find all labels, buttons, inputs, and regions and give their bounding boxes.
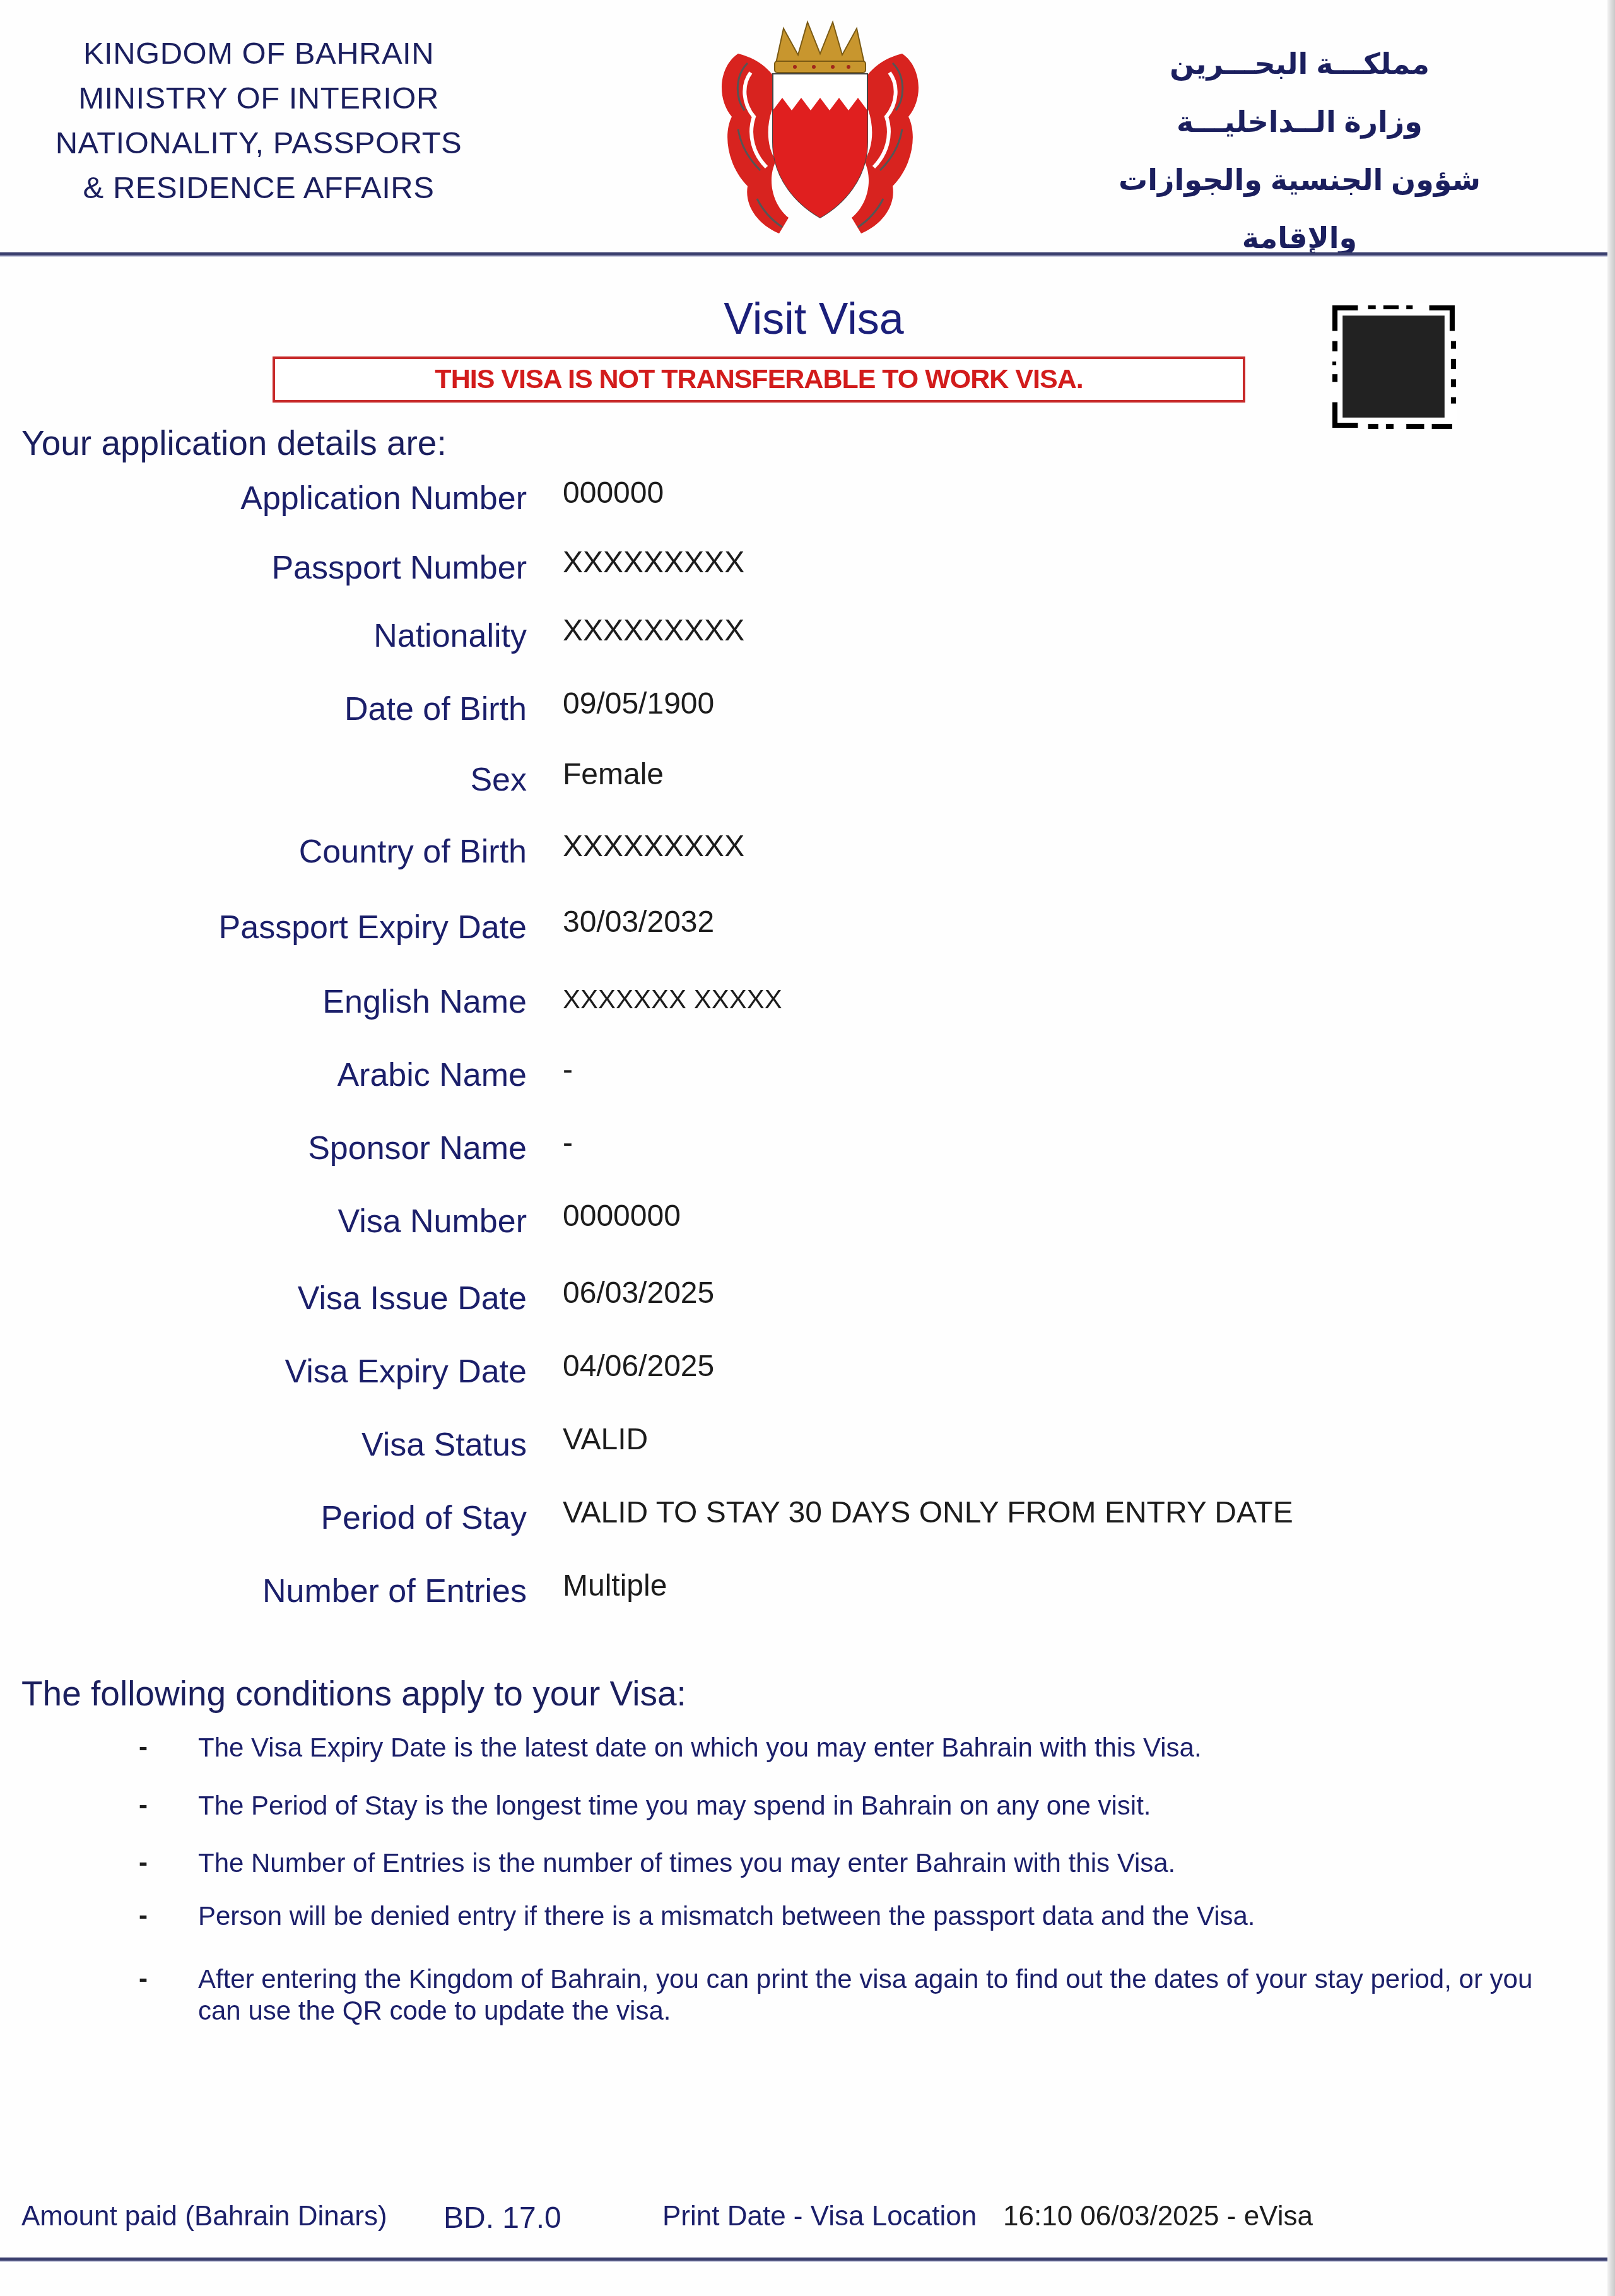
detail-value: 04/06/2025 [563, 1349, 714, 1384]
detail-row: Passport Expiry Date30/03/2032 [0, 909, 1514, 959]
detail-label: Visa Issue Date [0, 1280, 527, 1317]
detail-row: SexFemale [0, 761, 1514, 811]
detail-value: 0000000 [563, 1199, 681, 1233]
condition-text: Person will be denied entry if there is … [198, 1900, 1548, 1932]
page-edge [1607, 0, 1615, 2296]
detail-value: XXXXXXXXX [563, 545, 744, 580]
header-line: KINGDOM OF BAHRAIN [38, 32, 479, 76]
qr-code-icon [1330, 303, 1457, 430]
header-english: KINGDOM OF BAHRAIN MINISTRY OF INTERIOR … [38, 32, 479, 211]
condition-text: The Number of Entries is the number of t… [198, 1847, 1548, 1879]
detail-row: Sponsor Name- [0, 1129, 1514, 1180]
detail-label: Date of Birth [0, 690, 527, 728]
print-date-value: 16:10 06/03/2025 - eVisa [1003, 2201, 1313, 2232]
detail-row: Visa Expiry Date04/06/2025 [0, 1353, 1514, 1403]
detail-value: 000000 [563, 476, 664, 510]
detail-row: Country of BirthXXXXXXXXX [0, 833, 1514, 883]
condition-text: The Period of Stay is the longest time y… [198, 1790, 1548, 1822]
header-divider [0, 252, 1607, 256]
detail-label: Visa Expiry Date [0, 1353, 527, 1391]
amount-paid-value: BD. 17.0 [443, 2201, 561, 2235]
bullet-dash-icon: - [139, 1963, 148, 1994]
detail-value: 09/05/1900 [563, 686, 714, 721]
document-title: Visit Visa [631, 293, 997, 344]
detail-value: 30/03/2032 [563, 905, 714, 939]
detail-row: Arabic Name- [0, 1056, 1514, 1107]
detail-row: Application Number000000 [0, 480, 1514, 530]
detail-value: XXXXXXX XXXXX [563, 984, 782, 1015]
detail-value: - [563, 1126, 573, 1160]
header-line: MINISTRY OF INTERIOR [38, 76, 479, 121]
detail-row: Number of EntriesMultiple [0, 1572, 1514, 1623]
detail-row: Passport NumberXXXXXXXXX [0, 549, 1514, 599]
print-date-label: Print Date - Visa Location [662, 2201, 977, 2232]
detail-row: Period of StayVALID TO STAY 30 DAYS ONLY… [0, 1499, 1514, 1550]
header-line: & RESIDENCE AFFAIRS [38, 166, 479, 211]
detail-row: Visa StatusVALID [0, 1426, 1514, 1476]
amount-paid-label: Amount paid (Bahrain Dinars) [21, 2201, 387, 2232]
detail-label: Country of Birth [0, 833, 527, 871]
detail-value: XXXXXXXXX [563, 613, 744, 648]
conditions-title: The following conditions apply to your V… [21, 1673, 686, 1714]
bahrain-coat-of-arms-icon [713, 16, 927, 240]
detail-row: Date of Birth09/05/1900 [0, 690, 1514, 741]
header-line-arabic: وزارة الــداخليـــة [1098, 93, 1501, 151]
detail-value: Multiple [563, 1569, 667, 1603]
footer-divider [0, 2258, 1607, 2261]
detail-value: VALID TO STAY 30 DAYS ONLY FROM ENTRY DA… [563, 1495, 1293, 1530]
condition-text: The Visa Expiry Date is the latest date … [198, 1732, 1548, 1763]
details-intro: Your application details are: [21, 423, 447, 463]
detail-value: 06/03/2025 [563, 1276, 714, 1310]
bullet-dash-icon: - [139, 1900, 148, 1931]
detail-label: Arabic Name [0, 1056, 527, 1094]
detail-value: - [563, 1052, 573, 1087]
bullet-dash-icon: - [139, 1790, 148, 1820]
detail-label: Number of Entries [0, 1572, 527, 1610]
detail-value: Female [563, 757, 664, 792]
visa-document: KINGDOM OF BAHRAIN MINISTRY OF INTERIOR … [0, 0, 1615, 2296]
detail-row: Visa Number0000000 [0, 1203, 1514, 1253]
header-line: NATIONALITY, PASSPORTS [38, 121, 479, 166]
detail-label: Period of Stay [0, 1499, 527, 1537]
detail-value: XXXXXXXXX [563, 829, 744, 864]
header-arabic: مملكـــة البحـــرين وزارة الــداخليـــة … [1098, 35, 1501, 267]
header-line-arabic: مملكـــة البحـــرين [1098, 35, 1501, 93]
detail-label: Passport Number [0, 549, 527, 587]
detail-row: NationalityXXXXXXXXX [0, 617, 1514, 668]
detail-label: Visa Status [0, 1426, 527, 1464]
bullet-dash-icon: - [139, 1732, 148, 1762]
detail-label: Sponsor Name [0, 1129, 527, 1167]
detail-value: VALID [563, 1422, 648, 1457]
detail-label: Nationality [0, 617, 527, 655]
detail-label: Application Number [0, 480, 527, 517]
detail-label: Sex [0, 761, 527, 799]
footer: Amount paid (Bahrain Dinars) BD. 17.0 Pr… [0, 2201, 1615, 2239]
detail-label: English Name [0, 983, 527, 1021]
condition-text: After entering the Kingdom of Bahrain, y… [198, 1963, 1548, 2027]
warning-banner: THIS VISA IS NOT TRANSFERABLE TO WORK VI… [273, 356, 1245, 403]
detail-row: English NameXXXXXXX XXXXX [0, 983, 1514, 1033]
detail-label: Visa Number [0, 1203, 527, 1240]
detail-row: Visa Issue Date06/03/2025 [0, 1280, 1514, 1330]
warning-text: THIS VISA IS NOT TRANSFERABLE TO WORK VI… [435, 364, 1083, 394]
detail-label: Passport Expiry Date [0, 909, 527, 946]
bullet-dash-icon: - [139, 1847, 148, 1878]
header-line-arabic: شؤون الجنسية والجوازات والإقامة [1098, 151, 1501, 267]
